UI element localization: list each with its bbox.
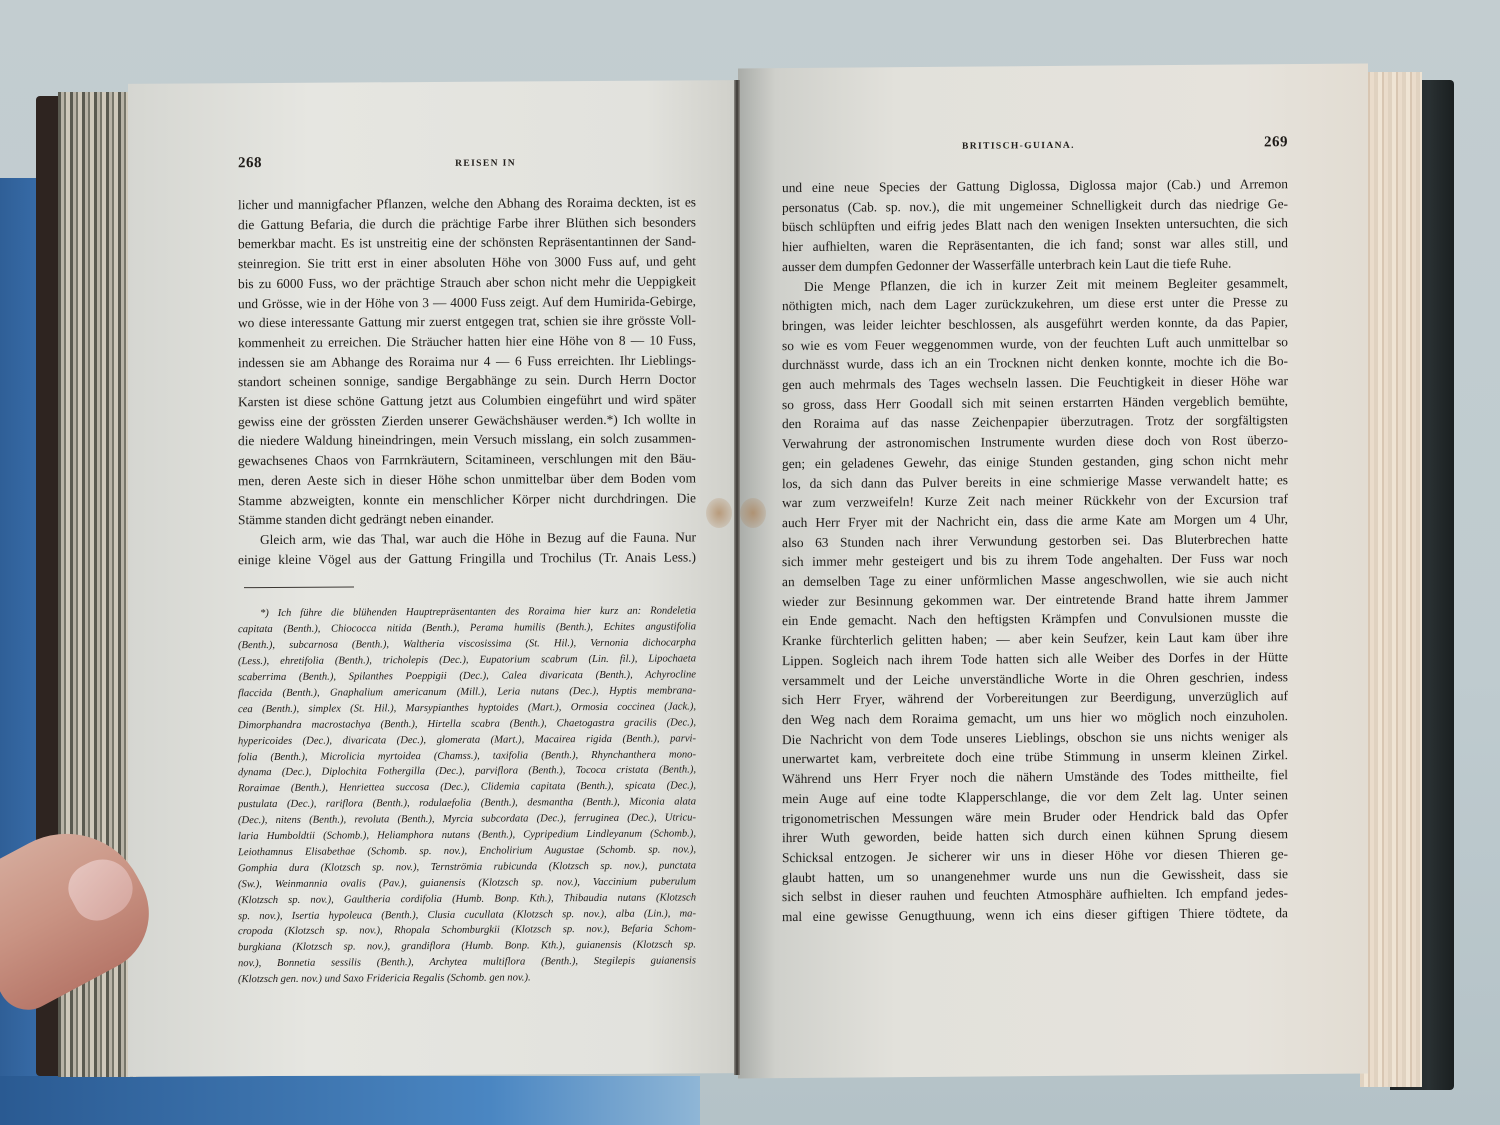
- text-line: steinregion. Sie tritt erst in einer abs…: [238, 252, 696, 275]
- text-line: men, deren Aeste sich in dieser Höhe sch…: [238, 468, 696, 491]
- left-page: 268 REISEN IN licher und mannigfacher Pf…: [128, 80, 738, 1077]
- footnote-line: nov.), Bonnetia sessilis (Benth.), Archy…: [238, 954, 696, 973]
- text-line: wo diese interessante Gattung mir zuerst…: [238, 311, 696, 334]
- text-line: einige kleine Vögel aus der Gattung Frin…: [238, 547, 696, 570]
- left-body-text: licher und mannigfacher Pflanzen, welche…: [238, 192, 696, 569]
- text-line: gewachsenes Chaos von Farrnkräutern, Sci…: [238, 449, 696, 472]
- book-gutter: [734, 80, 740, 1075]
- text-line: bis zu 6000 Fuss, wo der prächtige Strau…: [238, 271, 696, 294]
- right-body-text: und eine neue Species der Gattung Diglos…: [782, 174, 1288, 927]
- footnote: *) Ich führe die blühenden Hauptrepräsen…: [238, 604, 696, 989]
- text-line: kommenheit zu erreichen. Die Sträucher h…: [238, 330, 696, 353]
- text-line: Stamme abzweigten, konnte ein menschlich…: [238, 488, 696, 511]
- footnote-line: (Klotzsch gen. nov.) und Saxo Fridericia…: [238, 970, 696, 989]
- right-page: BRITISCH-GUIANA. 269 und eine neue Speci…: [738, 64, 1368, 1079]
- running-head-title-left: REISEN IN: [455, 158, 516, 168]
- page-number-left: 268: [238, 155, 262, 172]
- left-running-head: 268 REISEN IN: [238, 152, 696, 189]
- text-line: Gleich arm, wie das Thal, war auch die H…: [238, 527, 696, 550]
- page-number-right: 269: [1264, 134, 1288, 151]
- text-line: Karsten ist diese schöne Gattung jetzt a…: [238, 389, 696, 412]
- running-head-title-right: BRITISCH-GUIANA.: [962, 141, 1075, 152]
- right-running-head: BRITISCH-GUIANA. 269: [782, 134, 1288, 172]
- page-stack-right: [1360, 72, 1422, 1087]
- text-line: mal eine gewisse Genugthuung, wenn ich e…: [782, 903, 1288, 927]
- photo-scene: 268 REISEN IN licher und mannigfacher Pf…: [0, 0, 1500, 1125]
- blue-folder-bottom: [0, 1076, 700, 1125]
- stain-left: [706, 498, 732, 528]
- footnote-divider: [244, 587, 354, 589]
- stain-right: [740, 498, 766, 528]
- text-line: licher und mannigfacher Pflanzen, welche…: [238, 192, 696, 215]
